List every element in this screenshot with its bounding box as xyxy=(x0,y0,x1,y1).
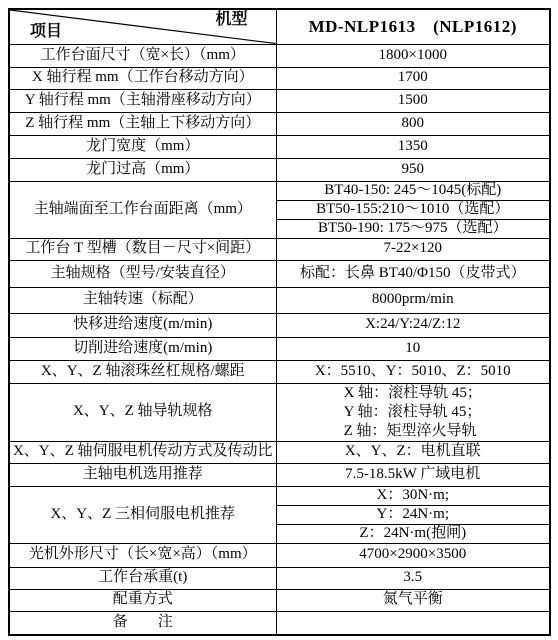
row-label: 光机外形尺寸（长×宽×高）（mm） xyxy=(9,543,276,567)
row-label: 主轴电机选用推荐 xyxy=(9,463,276,486)
row-label: 快移进给速度(m/min) xyxy=(9,313,276,337)
table-row-merged: X、Y、Z 三相伺服电机推荐 X：30N·m; xyxy=(9,486,550,505)
guideway-line-y: Y 轴：滚柱导轨 45； xyxy=(344,403,482,422)
table-row: 龙门宽度（mm） 1350 xyxy=(9,135,550,158)
row-value: 950 xyxy=(276,158,550,181)
row-label: X、Y、Z 轴导轨规格 xyxy=(9,383,276,441)
row-value: X：5510、Y：5010、Z：5010 xyxy=(276,360,550,383)
row-label: 工作台 T 型槽（数目－尺寸×间距） xyxy=(9,238,276,260)
guideway-lines: X 轴：滚柱导轨 45； Y 轴：滚柱导轨 45； Z 轴：矩型淬火导轨 xyxy=(344,384,482,441)
row-label: 主轴规格（型号/安装直径） xyxy=(9,260,276,287)
row-value: 10 xyxy=(276,337,550,360)
table-row: 工作台面尺寸（宽×长）（mm） 1800×1000 xyxy=(9,44,550,67)
header-item-label: 项目 xyxy=(30,23,62,41)
row-value: 4700×2900×3500 xyxy=(276,543,550,567)
header-corner-cell: 机型 项目 xyxy=(9,9,276,44)
row-sub-value: BT40-150: 245～1045(标配) xyxy=(276,181,550,200)
row-label: 配重方式 xyxy=(9,589,276,611)
model-name: MD-NLP1613 (NLP1612) xyxy=(276,9,550,44)
table-row: 光机外形尺寸（长×宽×高）（mm） 4700×2900×3500 xyxy=(9,543,550,567)
header-row: 机型 项目 MD-NLP1613 (NLP1612) xyxy=(9,9,550,44)
table-row: Z 轴行程 mm（主轴上下移动方向） 800 xyxy=(9,112,550,135)
row-sub-value: BT50-155:210～1010（选配） xyxy=(276,200,550,219)
row-value xyxy=(276,611,550,635)
row-label: 切削进给速度(m/min) xyxy=(9,337,276,360)
row-value: 7.5-18.5kW 广域电机 xyxy=(276,463,550,486)
row-value: 1800×1000 xyxy=(276,44,550,67)
row-value: 3.5 xyxy=(276,567,550,589)
row-value: 7-22×120 xyxy=(276,238,550,260)
row-value: 氮气平衡 xyxy=(276,589,550,611)
table-row: X、Y、Z 轴滚珠丝杠规格/螺距 X：5510、Y：5010、Z：5010 xyxy=(9,360,550,383)
spec-table: 机型 项目 MD-NLP1613 (NLP1612) 工作台面尺寸（宽×长）（m… xyxy=(8,8,551,636)
table-row: 主轴电机选用推荐 7.5-18.5kW 广域电机 xyxy=(9,463,550,486)
table-row: 配重方式 氮气平衡 xyxy=(9,589,550,611)
row-label: 工作台承重(t) xyxy=(9,567,276,589)
row-value: 标配：长鼻 BT40/Φ150（皮带式） xyxy=(276,260,550,287)
guideway-line-z: Z 轴：矩型淬火导轨 xyxy=(344,422,482,441)
table-row: 主轴转速（标配） 8000prm/min xyxy=(9,287,550,313)
table-row: 主轴规格（型号/安装直径） 标配：长鼻 BT40/Φ150（皮带式） xyxy=(9,260,550,287)
row-sub-value: X：30N·m; xyxy=(276,486,550,505)
table-row: 工作台承重(t) 3.5 xyxy=(9,567,550,589)
row-label: 工作台面尺寸（宽×长）（mm） xyxy=(9,44,276,67)
row-label: Z 轴行程 mm（主轴上下移动方向） xyxy=(9,112,276,135)
guideway-line-x: X 轴：滚柱导轨 45； xyxy=(344,384,482,403)
row-value: 1700 xyxy=(276,67,550,89)
row-value: X 轴：滚柱导轨 45； Y 轴：滚柱导轨 45； Z 轴：矩型淬火导轨 xyxy=(276,383,550,441)
table-row: 龙门过高（mm） 950 xyxy=(9,158,550,181)
header-model-label: 机型 xyxy=(215,11,247,29)
row-sub-value: Z：24N·m(抱闸) xyxy=(276,524,550,543)
row-value: 8000prm/min xyxy=(276,287,550,313)
row-value: 1350 xyxy=(276,135,550,158)
table-row: 备 注 xyxy=(9,611,550,635)
row-label: 备 注 xyxy=(9,611,276,635)
row-value: 1500 xyxy=(276,89,550,112)
row-label: X、Y、Z 三相伺服电机推荐 xyxy=(9,486,276,543)
row-label: 主轴端面至工作台面距离（mm） xyxy=(9,181,276,238)
row-sub-value: BT50-190: 175～975（选配） xyxy=(276,219,550,238)
table-row: 切削进给速度(m/min) 10 xyxy=(9,337,550,360)
row-value: 800 xyxy=(276,112,550,135)
table-row-multiline: X、Y、Z 轴导轨规格 X 轴：滚柱导轨 45； Y 轴：滚柱导轨 45； Z … xyxy=(9,383,550,441)
spec-sheet: 机型 项目 MD-NLP1613 (NLP1612) 工作台面尺寸（宽×长）（m… xyxy=(8,8,551,636)
row-label: X、Y、Z 轴滚珠丝杠规格/螺距 xyxy=(9,360,276,383)
table-row-merged: 主轴端面至工作台面距离（mm） BT40-150: 245～1045(标配) xyxy=(9,181,550,200)
table-row: X 轴行程 mm（工作台移动方向） 1700 xyxy=(9,67,550,89)
row-label: X、Y、Z 轴伺服电机传动方式及传动比 xyxy=(9,441,276,463)
row-label: Y 轴行程 mm（主轴滑座移动方向） xyxy=(9,89,276,112)
row-label: 龙门宽度（mm） xyxy=(9,135,276,158)
table-row: 工作台 T 型槽（数目－尺寸×间距） 7-22×120 xyxy=(9,238,550,260)
row-label: 龙门过高（mm） xyxy=(9,158,276,181)
table-row: 快移进给速度(m/min) X:24/Y:24/Z:12 xyxy=(9,313,550,337)
row-value: X:24/Y:24/Z:12 xyxy=(276,313,550,337)
table-row: Y 轴行程 mm（主轴滑座移动方向） 1500 xyxy=(9,89,550,112)
row-sub-value: Y：24N·m; xyxy=(276,505,550,524)
table-row: X、Y、Z 轴伺服电机传动方式及传动比 X、Y、Z：电机直联 xyxy=(9,441,550,463)
row-label: 主轴转速（标配） xyxy=(9,287,276,313)
row-value: X、Y、Z：电机直联 xyxy=(276,441,550,463)
row-label: X 轴行程 mm（工作台移动方向） xyxy=(9,67,276,89)
